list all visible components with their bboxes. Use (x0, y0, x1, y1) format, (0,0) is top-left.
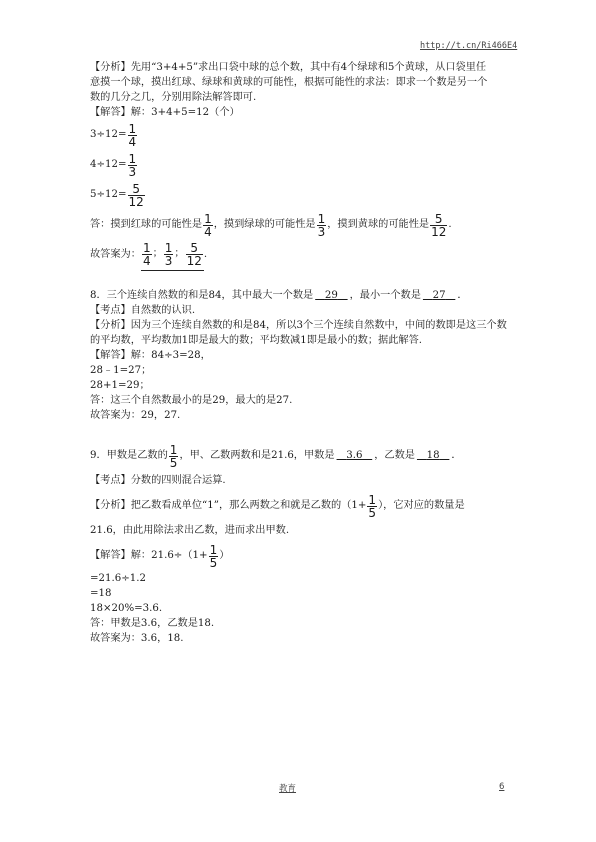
answer-blank-1: 29 (313, 290, 349, 301)
page-content: 【分析】先用“3+4+5”求出口袋中球的总个数，其中有4个绿球和5个黄球，从口袋… (90, 60, 510, 646)
fraction: 14 (203, 213, 213, 238)
separator: ； (153, 239, 163, 269)
question-text: ． (457, 290, 467, 301)
fraction: 13 (164, 242, 174, 267)
q7-answer: 答：摸到红球的可能性是 14 ，摸到绿球的可能性是 13 ，摸到黄球的可能性是 … (90, 210, 510, 240)
q7-analysis-line3: 数的几分之几，分别用除法解答即可. (90, 90, 510, 105)
q9-kaodian: 【考点】分数的四则混合运算. (90, 471, 510, 491)
q8-solution: 【解答】解：84÷3=28， (90, 348, 510, 363)
fraction: 15 (169, 444, 179, 469)
q7-eq2: 4÷12= 13 (90, 150, 510, 180)
eq-lhs: 5÷12= (90, 180, 127, 210)
question-text: ，乙数是 (374, 441, 415, 471)
q9-answer: 答：甲数是3.6，乙数是18. (90, 616, 510, 631)
q8-answer: 答：这三个自然数最小的是29，最大的是27. (90, 393, 510, 408)
eq-lhs: 4÷12= (90, 150, 127, 180)
header-url-link[interactable]: http://t.cn/Ri466E4 (420, 41, 517, 51)
q8-analysis: 【分析】因为三个连续自然数的和是84，所以3个三个连续自然数中，中间的数即是这三… (90, 318, 510, 348)
q9-step3: 18×20%=3.6. (90, 601, 510, 616)
answer-blank-2: 18 (415, 441, 451, 471)
q7-eq3: 5÷12= 512 (90, 180, 510, 210)
analysis-text: 【分析】把乙数看成单位“1”，那么两数之和就是乙数的（1+ (90, 491, 366, 521)
q7-analysis-line2: 意摸一个球，摸出红球、绿球和黄球的可能性，根据可能性的求法：即求一个数是另一个 (90, 75, 510, 90)
q8-final: 故答案为：29，27. (90, 408, 510, 423)
q8-step1: 28﹣1=27； (90, 363, 510, 378)
eq-lhs: 3÷12= (90, 120, 127, 150)
final-answer-underlined: 14 ； 13 ； 512 (141, 239, 204, 271)
q9-step1: =21.6÷1.2 (90, 571, 510, 586)
solution-text: 【解答】解：21.6÷（1+ (90, 541, 208, 571)
q8-question: 8．三个连续自然数的和是84，其中最大一个数是 29 ，最小一个数是 27 ． (90, 288, 510, 303)
q9-question: 9．甲数是乙数的 15 ，甲、乙数两数和是21.6，甲数是 3.6 ，乙数是 1… (90, 441, 510, 471)
q9-final: 故答案为：3.6，18. (90, 631, 510, 646)
q7-solution: 【解答】解：3+4+5=12（个） (90, 105, 510, 120)
question-text: ． (451, 441, 461, 471)
q8-step2: 28+1=29； (90, 378, 510, 393)
analysis-text: ），它对应的数量是 (378, 491, 465, 521)
solution-text: ） (219, 541, 229, 571)
q9-step2: =18 (90, 586, 510, 601)
answer-text: ，摸到黄球的可能性是 (327, 210, 429, 240)
fraction: 14 (142, 242, 152, 267)
fraction: 512 (186, 242, 203, 267)
q9-solution: 【解答】解：21.6÷（1+ 15 ） (90, 541, 510, 571)
fraction: 15 (209, 544, 219, 569)
answer-text: 答：摸到红球的可能性是 (90, 210, 202, 240)
fraction: 13 (317, 213, 327, 238)
page-number: 6 (499, 782, 504, 792)
q7-final: 故答案为： 14 ； 13 ； 512 . (90, 240, 510, 270)
answer-text: ，摸到绿球的可能性是 (214, 210, 316, 240)
fraction: 14 (128, 123, 138, 148)
q9-analysis-line2: 21.6，由此用除法求出乙数，进而求出甲数. (90, 521, 510, 541)
fraction: 15 (367, 494, 377, 519)
fraction: 512 (430, 213, 447, 238)
question-text: ，甲、乙数两数和是21.6，甲数是 (179, 441, 334, 471)
q9-analysis-line1: 【分析】把乙数看成单位“1”，那么两数之和就是乙数的（1+ 15 ），它对应的数… (90, 491, 510, 521)
fraction: 512 (128, 183, 145, 208)
answer-text: . (448, 210, 451, 240)
question-text: 9．甲数是乙数的 (90, 441, 168, 471)
fraction: 13 (128, 153, 138, 178)
answer-blank-2: 27 (421, 290, 457, 301)
separator: ； (174, 239, 184, 269)
final-end: . (204, 240, 207, 270)
final-label: 故答案为： (90, 240, 141, 270)
q8-kaodian: 【考点】自然数的认识. (90, 303, 510, 318)
question-text: 8．三个连续自然数的和是84，其中最大一个数是 (90, 290, 313, 301)
answer-blank-1: 3.6 (335, 441, 375, 471)
footer-label-link[interactable]: 教育 (279, 782, 296, 794)
q7-analysis-line1: 【分析】先用“3+4+5”求出口袋中球的总个数，其中有4个绿球和5个黄球，从口袋… (90, 60, 510, 75)
question-text: ，最小一个数是 (350, 290, 421, 301)
q7-eq1: 3÷12= 14 (90, 120, 510, 150)
